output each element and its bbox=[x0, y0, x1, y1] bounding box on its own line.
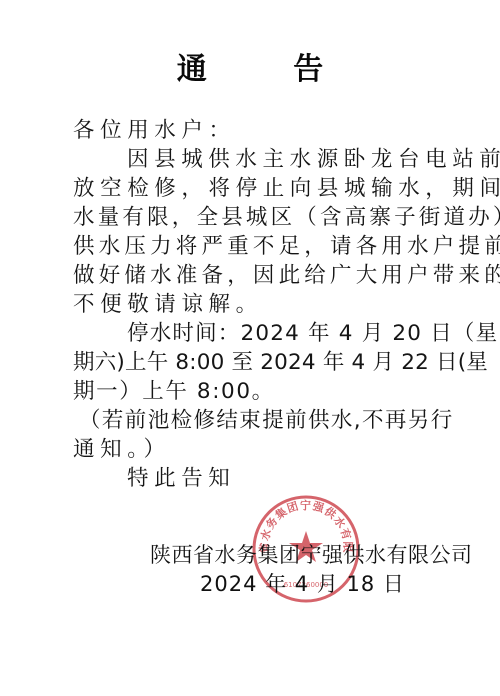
notice-body: 各位用水户： 因县城供水主水源卧龙台电站前池 放空检修，将停止向县城输水，期间因… bbox=[73, 116, 443, 493]
paragraph-line: 水量有限，全县城区（含高寨子街道办） bbox=[73, 203, 443, 232]
note-line: （若前池检修结束提前供水,不再另行 bbox=[73, 406, 443, 435]
paragraph-line: 不便敬请谅解。 bbox=[73, 290, 443, 319]
closing: 特此告知 bbox=[73, 464, 443, 493]
paragraph-line: 因县城供水主水源卧龙台电站前池 bbox=[73, 145, 443, 174]
salutation: 各位用水户： bbox=[73, 116, 443, 145]
note-line: 通知。） bbox=[73, 435, 443, 464]
notice-title: 通 告 bbox=[0, 50, 500, 90]
outage-line: 期一）上午 8:00。 bbox=[73, 377, 443, 406]
outage-line: 停水时间：2024 年 4 月 20 日（星 bbox=[73, 319, 443, 348]
outage-line: 期六)上午 8:00 至 2024 年 4 月 22 日(星 bbox=[73, 348, 443, 377]
signature-organization: 陕西省水务集团宁强供水有限公司 bbox=[150, 539, 500, 569]
paragraph-line: 放空检修，将停止向县城输水，期间因 bbox=[73, 174, 443, 203]
paragraph-line: 做好储水准备，因此给广大用户带来的 bbox=[73, 261, 443, 290]
paragraph-line: 供水压力将严重不足，请各用水户提前 bbox=[73, 232, 443, 261]
signature-date: 2024 年 4 月 18 日 bbox=[200, 568, 500, 598]
